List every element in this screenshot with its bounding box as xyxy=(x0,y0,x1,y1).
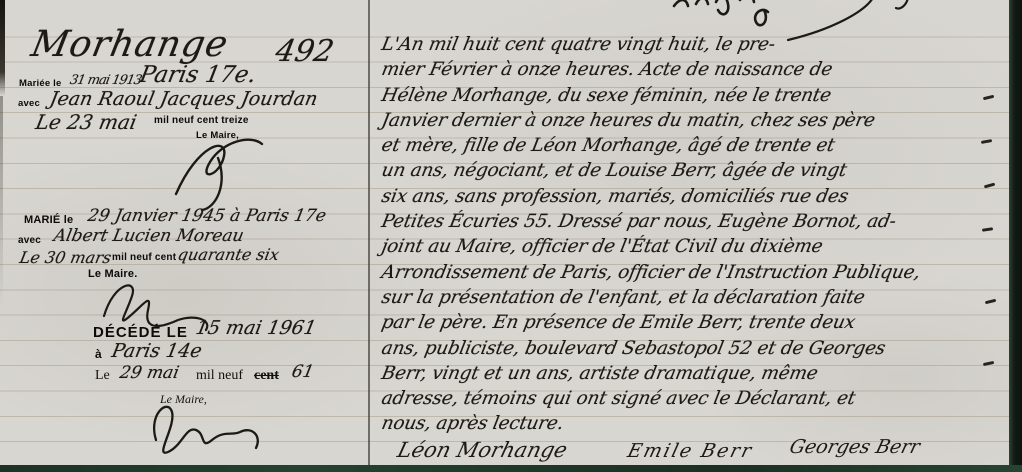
death-cent-label: cent xyxy=(254,368,279,384)
register-scan: Morhange 492 Mariée le 31 mai 1913 Paris… xyxy=(0,0,1022,472)
margin-surname: Morhange xyxy=(28,24,232,65)
death-year-hand: 61 xyxy=(290,362,316,382)
act-line: joint au Maire, officier de l'État Civil… xyxy=(379,236,1006,261)
marriage-1945-spouse: Albert Lucien Moreau xyxy=(52,226,245,246)
act-line: adresse, témoins qui ont signé avec le D… xyxy=(379,388,1006,413)
scan-edge-bottom xyxy=(0,465,1022,472)
signature-georges-berr: Georges Berr xyxy=(787,436,922,458)
marriage-1945-year-hand: quarante six xyxy=(176,245,281,264)
signature-flourish-1913 xyxy=(158,134,308,212)
marriage-1913-maire: Le Maire, xyxy=(196,130,239,141)
act-line: L'An mil huit cent quatre vingt huit, le… xyxy=(379,34,1006,59)
act-line: ans, publiciste, boulevard Sebastopol 52… xyxy=(379,338,1006,363)
act-line: mier Février à onze heures. Acte de nais… xyxy=(379,59,1006,84)
page-edge-left-faint xyxy=(0,96,3,306)
death-date: 15 mai 1961 xyxy=(194,317,318,339)
act-line: Hélène Morhange, du sexe féminin, née le… xyxy=(379,85,1006,110)
act-line: sur la présentation de l'enfant, et la d… xyxy=(379,287,1006,312)
act-line: et mère, fille de Léon Morhange, âgé de … xyxy=(379,135,1006,160)
marriage-1945-year-stamp: mil neuf cent xyxy=(112,252,176,263)
act-line: six ans, sans profession, mariés, domici… xyxy=(379,186,1006,211)
act-text-column: L'An mil huit cent quatre vingt huit, le… xyxy=(379,34,1001,439)
act-line: nous, après lecture. xyxy=(379,413,1006,438)
death-place: Paris 14e xyxy=(110,340,204,362)
act-line: Berr, vingt et un ans, artiste dramatiqu… xyxy=(379,363,1006,388)
act-line: un ans, négociant, et de Louise Berr, âg… xyxy=(379,160,1006,185)
column-divider-line xyxy=(368,0,370,472)
signature-leon-morhange: Léon Morhange xyxy=(395,438,570,462)
marriage-1913-date: 31 mai 1913 xyxy=(69,73,143,88)
signature-flourish-1961 xyxy=(128,396,288,466)
marriage-1913-year-stamp: mil neuf cent treize xyxy=(154,115,249,126)
act-line: Janvier dernier à onze heures du matin, … xyxy=(379,110,1006,135)
signature-emile-berr: Emile Berr xyxy=(625,440,755,462)
page-edge-right xyxy=(1009,0,1022,472)
act-line: Petites Écuries 55. Dressé par nous, Eug… xyxy=(379,211,1006,236)
act-line: Arrondissement de Paris, officier de l'I… xyxy=(379,262,1006,287)
marriage-1945-stamp: MARIÉ le xyxy=(24,214,73,226)
death-year-label: mil neuf xyxy=(196,368,243,384)
death-stamp: DÉCÉDÉ LE xyxy=(93,324,188,341)
marriage-1913-avec: avec xyxy=(18,98,40,109)
marriage-1945-day: Le 30 mars xyxy=(18,248,113,267)
death-a-label: à xyxy=(95,347,102,361)
marriage-1945-maire: Le Maire. xyxy=(88,268,138,280)
marriage-1945-avec: avec xyxy=(18,235,41,246)
death-maire: Le Maire, xyxy=(160,392,207,407)
page-edge-left xyxy=(0,0,5,96)
marriage-1945-date: 29 Janvier 1945 à Paris 17e xyxy=(86,206,328,226)
act-line: par le père. En présence de Emile Berr, … xyxy=(379,312,1006,337)
act-number: 492 xyxy=(273,34,337,69)
marriage-1913-spouse: Jean Raoul Jacques Jourdan xyxy=(48,88,320,110)
death-day: 29 mai xyxy=(118,363,181,383)
death-le-label: Le xyxy=(95,368,110,384)
marriage-1913-day: Le 23 mai xyxy=(34,110,139,134)
marriage-1913-place: Paris 17e. xyxy=(137,62,258,88)
